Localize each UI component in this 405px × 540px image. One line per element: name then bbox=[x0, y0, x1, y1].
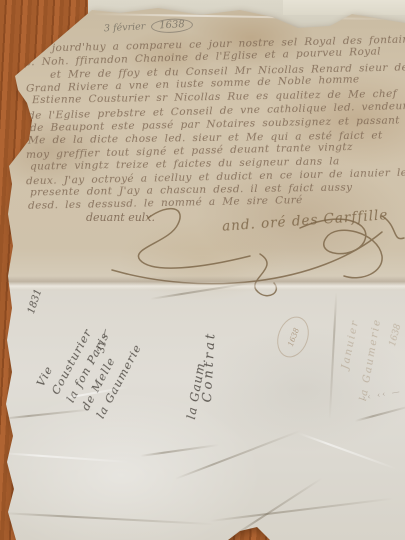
top-edge-highlight bbox=[92, 13, 405, 20]
crease-line bbox=[175, 430, 302, 480]
crease-line bbox=[140, 444, 219, 457]
crease-line bbox=[0, 408, 95, 420]
faint-annotation: Januier bbox=[340, 318, 361, 370]
faint-annotation: 1638 bbox=[388, 323, 404, 348]
date-annotation: 3 février1638 bbox=[104, 18, 193, 37]
faint-stamp: 1638 bbox=[272, 312, 315, 362]
main-parchment-sheet: 3 février1638 Au jourd'huy a compareu ce… bbox=[0, 0, 405, 540]
photo-of-manuscript: 3 février1638 Au jourd'huy a compareu ce… bbox=[0, 0, 405, 540]
crease-line bbox=[210, 497, 394, 522]
stamp-year: 1638 bbox=[286, 326, 301, 347]
crease-line bbox=[298, 432, 397, 470]
crease-line bbox=[0, 452, 130, 463]
crease-line bbox=[329, 292, 338, 420]
year-annotation: 1831 bbox=[26, 288, 44, 316]
circled-year: 1638 bbox=[151, 18, 193, 34]
fold-crease bbox=[0, 276, 405, 290]
crease-line bbox=[0, 512, 215, 525]
crease-line bbox=[355, 405, 405, 422]
date-prefix: 3 février bbox=[104, 21, 146, 34]
main-sheet-shadow: 3 février1638 Au jourd'huy a compareu ce… bbox=[0, 0, 405, 540]
